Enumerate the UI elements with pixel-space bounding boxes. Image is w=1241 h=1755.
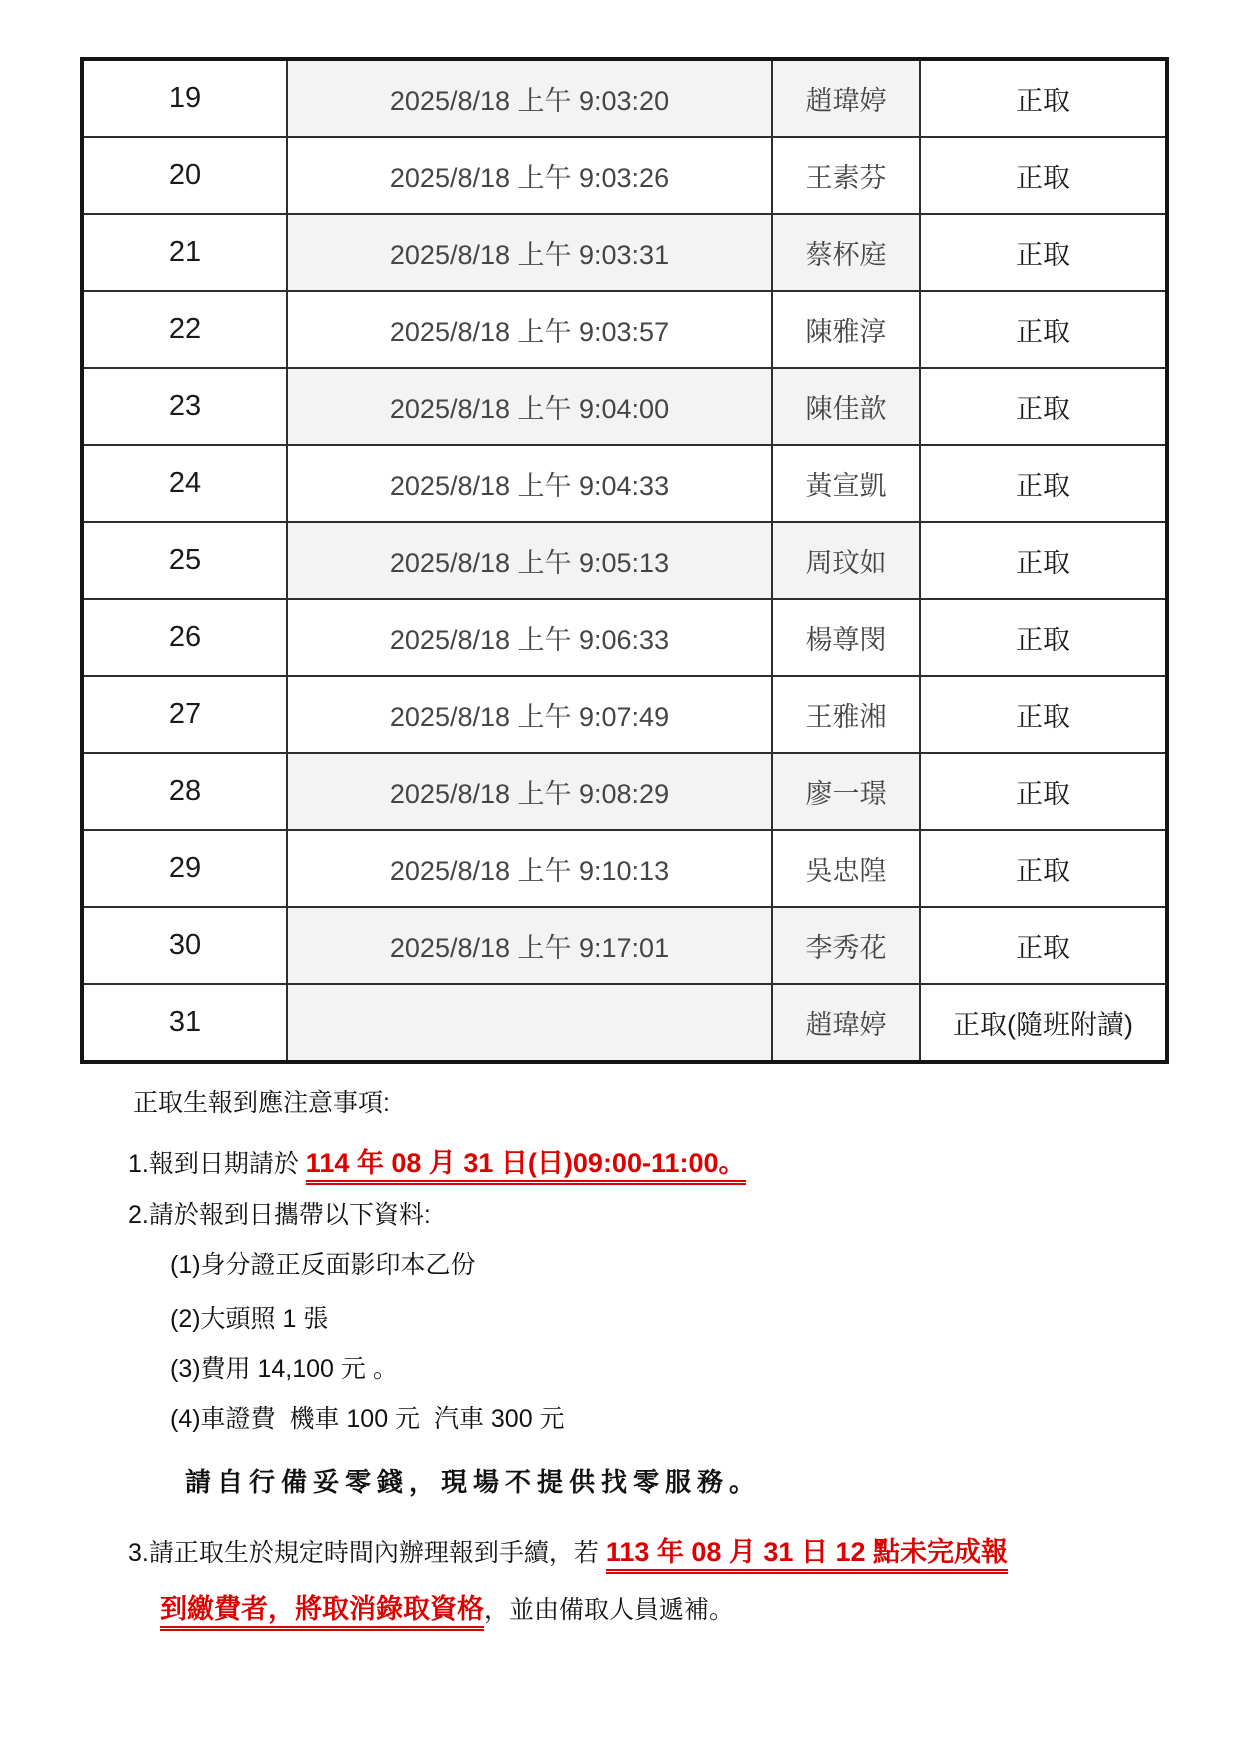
cell-number: 29	[82, 830, 287, 907]
note-item-3-text: 3.請正取生於規定時間內辦理報到手續，若	[128, 1539, 606, 1567]
document-page: 192025/8/18 上午 9:03:20趙瑋婷正取202025/8/18 上…	[0, 0, 1241, 1755]
cell-name: 吳忠隍	[772, 830, 920, 907]
cell-datetime: 2025/8/18 上午 9:03:26	[287, 137, 772, 214]
cell-name: 蔡杯庭	[772, 214, 920, 291]
cell-datetime	[287, 984, 772, 1062]
table-row: 282025/8/18 上午 9:08:29廖一璟正取	[82, 753, 1167, 830]
cell-datetime: 2025/8/18 上午 9:08:29	[287, 753, 772, 830]
cell-status: 正取	[920, 291, 1167, 368]
cell-datetime: 2025/8/18 上午 9:17:01	[287, 907, 772, 984]
cell-status: 正取	[920, 214, 1167, 291]
cell-name: 趙瑋婷	[772, 984, 920, 1062]
note-item-1-text: 1.報到日期請於	[128, 1150, 306, 1178]
cell-name: 陳佳歆	[772, 368, 920, 445]
table-row: 232025/8/18 上午 9:04:00陳佳歆正取	[82, 368, 1167, 445]
cell-status: 正取	[920, 907, 1167, 984]
cell-name: 楊尊閔	[772, 599, 920, 676]
note-item-3-line-1: 3.請正取生於規定時間內辦理報到手續，若 113 年 08 月 31 日 12 …	[128, 1535, 1008, 1570]
cell-status: 正取	[920, 522, 1167, 599]
cell-name: 周玟如	[772, 522, 920, 599]
cell-number: 20	[82, 137, 287, 214]
cell-datetime: 2025/8/18 上午 9:03:57	[287, 291, 772, 368]
note-item-1: 1.報到日期請於 114 年 08 月 31 日(日)09:00-11:00。	[128, 1146, 746, 1181]
table-row: 262025/8/18 上午 9:06:33楊尊閔正取	[82, 599, 1167, 676]
table-row: 272025/8/18 上午 9:07:49王雅湘正取	[82, 676, 1167, 753]
cell-number: 26	[82, 599, 287, 676]
table-row: 212025/8/18 上午 9:03:31蔡杯庭正取	[82, 214, 1167, 291]
cell-datetime: 2025/8/18 上午 9:10:13	[287, 830, 772, 907]
cell-name: 趙瑋婷	[772, 59, 920, 137]
table-row: 222025/8/18 上午 9:03:57陳雅淳正取	[82, 291, 1167, 368]
table-row: 292025/8/18 上午 9:10:13吳忠隍正取	[82, 830, 1167, 907]
table-row: 31趙瑋婷正取(隨班附讀)	[82, 984, 1167, 1062]
note-item-3-highlight-1: 113 年 08 月 31 日 12 點未完成報	[606, 1537, 1008, 1574]
cell-status: 正取	[920, 368, 1167, 445]
cell-datetime: 2025/8/18 上午 9:03:20	[287, 59, 772, 137]
cell-datetime: 2025/8/18 上午 9:07:49	[287, 676, 772, 753]
cell-datetime: 2025/8/18 上午 9:05:13	[287, 522, 772, 599]
notes-title: 正取生報到應注意事項:	[133, 1086, 390, 1120]
cell-status: 正取	[920, 137, 1167, 214]
cell-status: 正取	[920, 599, 1167, 676]
note-item-2: 2.請於報到日攜帶以下資料:	[128, 1198, 431, 1232]
cell-name: 黃宣凱	[772, 445, 920, 522]
table-row: 302025/8/18 上午 9:17:01李秀花正取	[82, 907, 1167, 984]
cell-status: 正取	[920, 753, 1167, 830]
admission-roster-table: 192025/8/18 上午 9:03:20趙瑋婷正取202025/8/18 上…	[80, 57, 1169, 1064]
note-item-3-line-2: 到繳費者，將取消錄取資格，並由備取人員遞補。	[160, 1592, 734, 1627]
cell-number: 22	[82, 291, 287, 368]
cell-number: 24	[82, 445, 287, 522]
cell-number: 23	[82, 368, 287, 445]
cell-number: 27	[82, 676, 287, 753]
cell-number: 31	[82, 984, 287, 1062]
cell-name: 李秀花	[772, 907, 920, 984]
cell-number: 21	[82, 214, 287, 291]
note-subitem-3: (3)費用 14,100 元 。	[170, 1352, 398, 1386]
cell-datetime: 2025/8/18 上午 9:04:33	[287, 445, 772, 522]
cell-status: 正取	[920, 445, 1167, 522]
cell-name: 廖一璟	[772, 753, 920, 830]
note-item-3-highlight-2: 到繳費者，將取消錄取資格	[160, 1594, 484, 1631]
cell-datetime: 2025/8/18 上午 9:03:31	[287, 214, 772, 291]
cell-name: 王素芬	[772, 137, 920, 214]
cell-status: 正取	[920, 830, 1167, 907]
note-item-3-suffix: ，並由備取人員遞補。	[484, 1596, 734, 1624]
cell-datetime: 2025/8/18 上午 9:06:33	[287, 599, 772, 676]
cell-name: 陳雅淳	[772, 291, 920, 368]
note-item-1-highlight: 114 年 08 月 31 日(日)09:00-11:00。	[306, 1148, 746, 1185]
table-row: 242025/8/18 上午 9:04:33黃宣凱正取	[82, 445, 1167, 522]
table-row: 202025/8/18 上午 9:03:26王素芬正取	[82, 137, 1167, 214]
cell-number: 25	[82, 522, 287, 599]
note-subitem-4: (4)車證費 機車 100 元 汽車 300 元	[170, 1402, 565, 1436]
cash-reminder: 請自行備妥零錢，現場不提供找零服務。	[185, 1465, 761, 1499]
cell-status: 正取	[920, 676, 1167, 753]
cell-status: 正取	[920, 59, 1167, 137]
table-row: 252025/8/18 上午 9:05:13周玟如正取	[82, 522, 1167, 599]
cell-number: 28	[82, 753, 287, 830]
cell-datetime: 2025/8/18 上午 9:04:00	[287, 368, 772, 445]
cell-number: 19	[82, 59, 287, 137]
note-subitem-1: (1)身分證正反面影印本乙份	[170, 1248, 476, 1282]
cell-status: 正取(隨班附讀)	[920, 984, 1167, 1062]
note-subitem-2: (2)大頭照 1 張	[170, 1302, 328, 1336]
cell-name: 王雅湘	[772, 676, 920, 753]
table-row: 192025/8/18 上午 9:03:20趙瑋婷正取	[82, 59, 1167, 137]
cell-number: 30	[82, 907, 287, 984]
